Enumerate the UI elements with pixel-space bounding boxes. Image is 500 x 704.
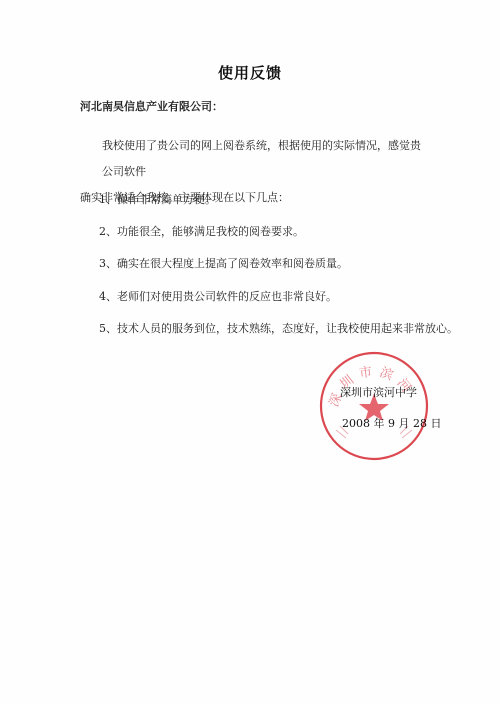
signature-date: 2008 年 9 月 28 日 <box>342 415 441 431</box>
signer-name: 深圳市滨河中学 <box>340 384 417 400</box>
list-item: 3、确实在很大程度上提高了阅卷效率和阅卷质量。 <box>99 255 348 271</box>
official-seal: 深圳市滨河 <box>318 350 430 462</box>
intro-line-1: 我校使用了贵公司的网上阅卷系统，根据使用的实际情况，感觉贵公司软件 <box>80 133 425 185</box>
list-item: 1、操作非常简单方便。 <box>99 191 216 207</box>
list-item: 5、技术人员的服务到位，技术熟练，态度好，让我校使用起来非常放心。 <box>99 320 458 336</box>
document-title: 使用反馈 <box>0 62 500 83</box>
list-item: 2、功能很全，能够满足我校的阅卷要求。 <box>99 223 304 239</box>
letter-page: 使用反馈 河北南昊信息产业有限公司： 我校使用了贵公司的网上阅卷系统，根据使用的… <box>0 0 500 704</box>
seal-icon: 深圳市滨河 <box>318 350 430 462</box>
recipient-line: 河北南昊信息产业有限公司： <box>80 98 223 114</box>
list-item: 4、老师们对使用贵公司软件的反应也非常良好。 <box>99 288 337 304</box>
